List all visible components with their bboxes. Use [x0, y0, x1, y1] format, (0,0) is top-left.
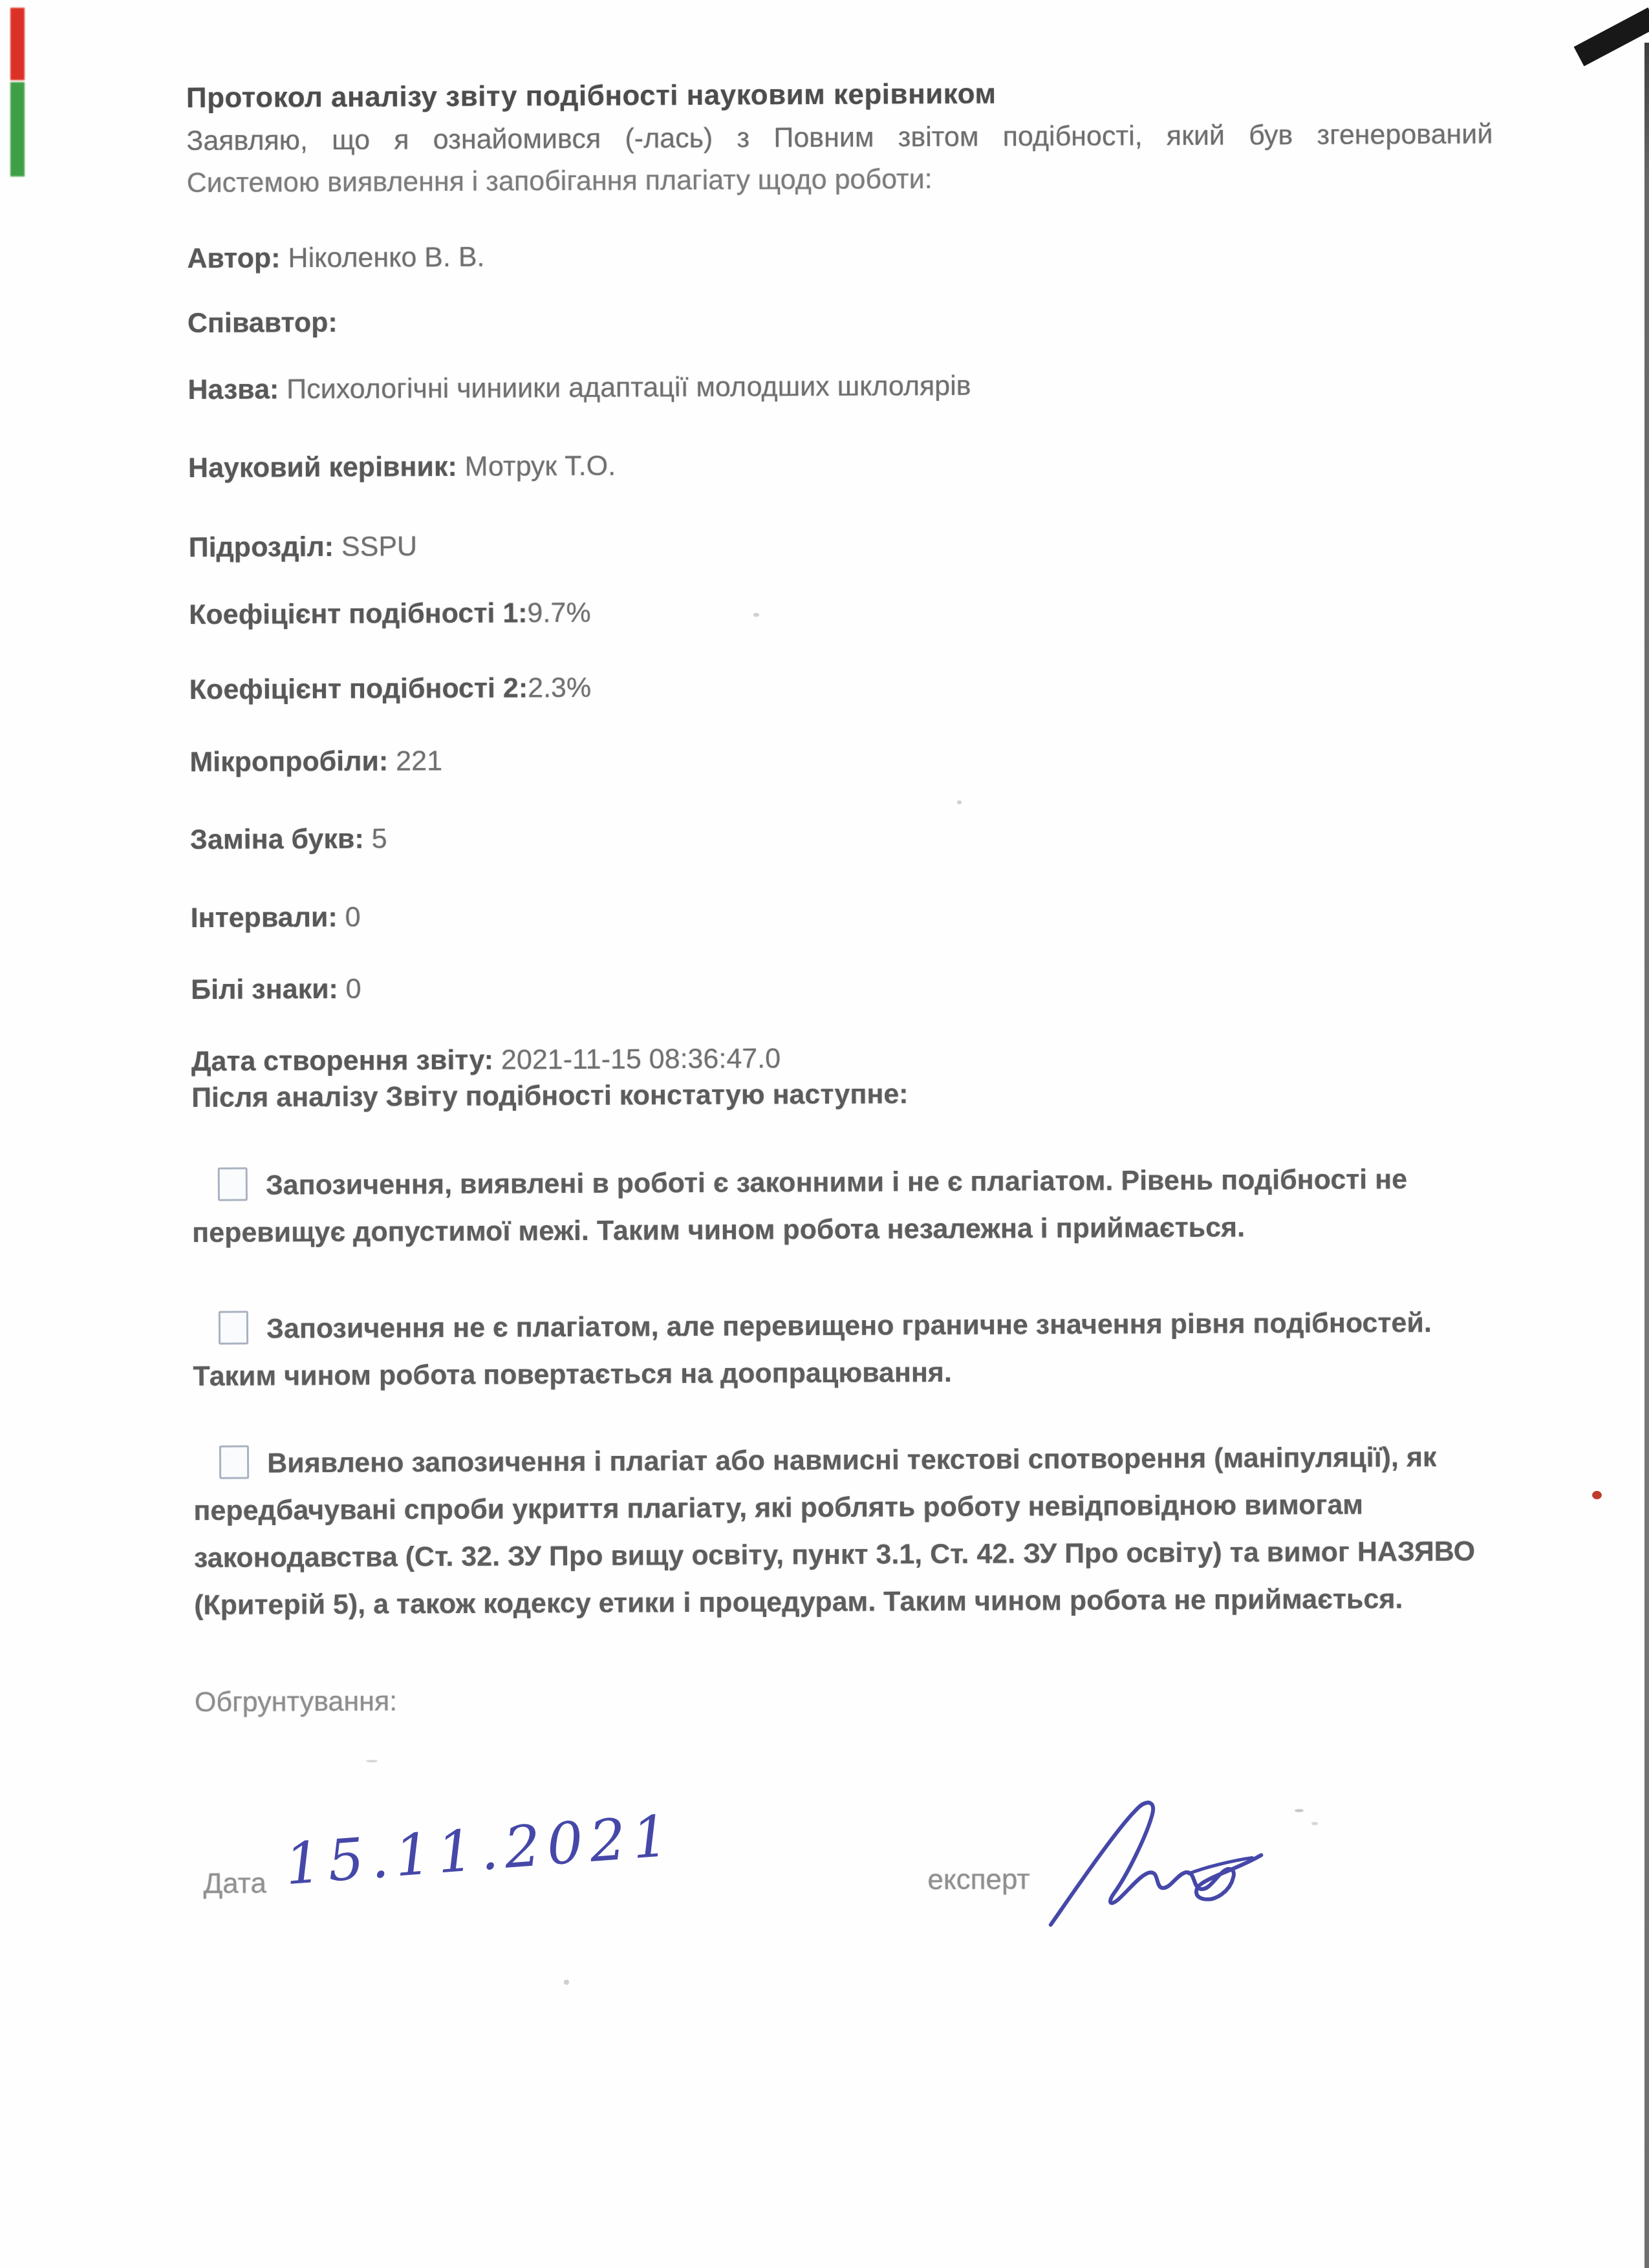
expert-label: експерт: [927, 1863, 1029, 1896]
page-title: Протокол аналізу звіту подібності науков…: [186, 72, 1493, 118]
field-value: 5: [364, 823, 387, 854]
field-department: Підрозділ: SSPU: [188, 521, 1494, 567]
field-coauthor: Співавтор:: [188, 297, 1494, 343]
field-value: Ніколенко В. В.: [280, 242, 484, 274]
checkbox-icon: [219, 1446, 249, 1479]
field-similarity-coefficient-1: Коефіцієнт подібності 1:9.7%: [189, 588, 1495, 634]
field-label: Мікропробіли:: [189, 745, 388, 778]
field-label: Співавтор:: [188, 307, 338, 339]
field-white-signs: Білі знаки: 0: [191, 963, 1497, 1009]
justification-label: Обгрунтування:: [195, 1676, 1501, 1722]
field-label: Білі знаки:: [191, 974, 338, 1005]
option-row-accepted: Запозичення, виявлені в роботі є законни…: [192, 1155, 1512, 1257]
field-label: Автор:: [187, 242, 281, 274]
scan-speck: [753, 613, 759, 617]
field-label: Заміна букв:: [190, 824, 364, 855]
scan-mark-red: [10, 8, 25, 80]
statement-intro: Після аналізу Звіту подібності констатую…: [191, 1071, 1498, 1117]
scan-speck: [957, 800, 962, 804]
checkbox-icon: [219, 1311, 248, 1345]
scan-edge-line: [1644, 43, 1649, 2268]
scan-speck: [564, 1980, 569, 1985]
option-text: Запозичення, виявлені в роботі є законни…: [192, 1164, 1407, 1248]
field-microspaces: Мікропробіли: 221: [189, 736, 1496, 782]
field-label: Назва:: [188, 374, 279, 405]
scan-speck: [366, 1760, 378, 1762]
field-label: Інтервали:: [191, 902, 338, 934]
field-supervisor: Науковий керівник: Мотрук Т.О.: [188, 442, 1494, 487]
field-value: Психологічні чиниики адаптації молодших …: [279, 370, 971, 405]
option-row-rework: Запозичення не є плагіатом, але перевище…: [193, 1299, 1513, 1400]
intro-line-2: Системою виявлення і запобігання плагіат…: [187, 156, 1493, 202]
option-text: Запозичення не є плагіатом, але перевище…: [193, 1307, 1432, 1392]
expert-signature: [1039, 1790, 1272, 1934]
field-label: Дата створення звіту:: [191, 1045, 494, 1077]
intro-line-1: Заявляю, що я ознайомився (-лась) з Повн…: [186, 114, 1493, 160]
field-label: Коефіцієнт подібності 2:: [189, 672, 528, 705]
field-title-of-work: Назва: Психологічні чиниики адаптації мо…: [188, 363, 1494, 409]
field-value: Мотрук Т.О.: [457, 451, 616, 482]
field-label: Підрозділ:: [189, 531, 334, 563]
option-text: Виявлено запозичення і плагіат або навми…: [193, 1442, 1475, 1621]
scan-speck: [1311, 1822, 1318, 1825]
handwritten-date: 15.11.2021: [283, 1802, 677, 1898]
field-author: Автор: Ніколенко В. В.: [187, 232, 1493, 278]
field-similarity-coefficient-2: Коефіцієнт подібності 2:2.3%: [189, 663, 1496, 709]
field-letter-substitution: Заміна букв: 5: [190, 813, 1496, 859]
scan-mark-green: [10, 82, 25, 177]
field-label: Науковий керівник:: [188, 451, 457, 484]
field-value: 0: [338, 902, 361, 933]
field-label: Коефіцієнт подібності 1:: [189, 597, 528, 630]
field-value: 2021-11-15 08:36:47.0: [493, 1043, 781, 1075]
option-row-rejected: Виявлено запозичення і плагіат або навми…: [193, 1433, 1514, 1629]
checkbox-icon: [218, 1168, 248, 1201]
document-content: Протокол аналізу звіту подібності науков…: [0, 0, 1649, 2268]
red-ink-dot-artifact: [1592, 1491, 1602, 1499]
field-value: 221: [388, 745, 442, 776]
scanned-document-page: Протокол аналізу звіту подібності науков…: [0, 0, 1649, 2268]
field-value: SSPU: [334, 531, 417, 562]
scan-speck: [1295, 1809, 1304, 1812]
date-label: Дата: [203, 1867, 266, 1900]
field-value: 2.3%: [528, 672, 591, 704]
field-value: 0: [338, 974, 361, 1005]
field-intervals: Інтервали: 0: [190, 892, 1496, 937]
field-value: 9.7%: [527, 597, 590, 629]
